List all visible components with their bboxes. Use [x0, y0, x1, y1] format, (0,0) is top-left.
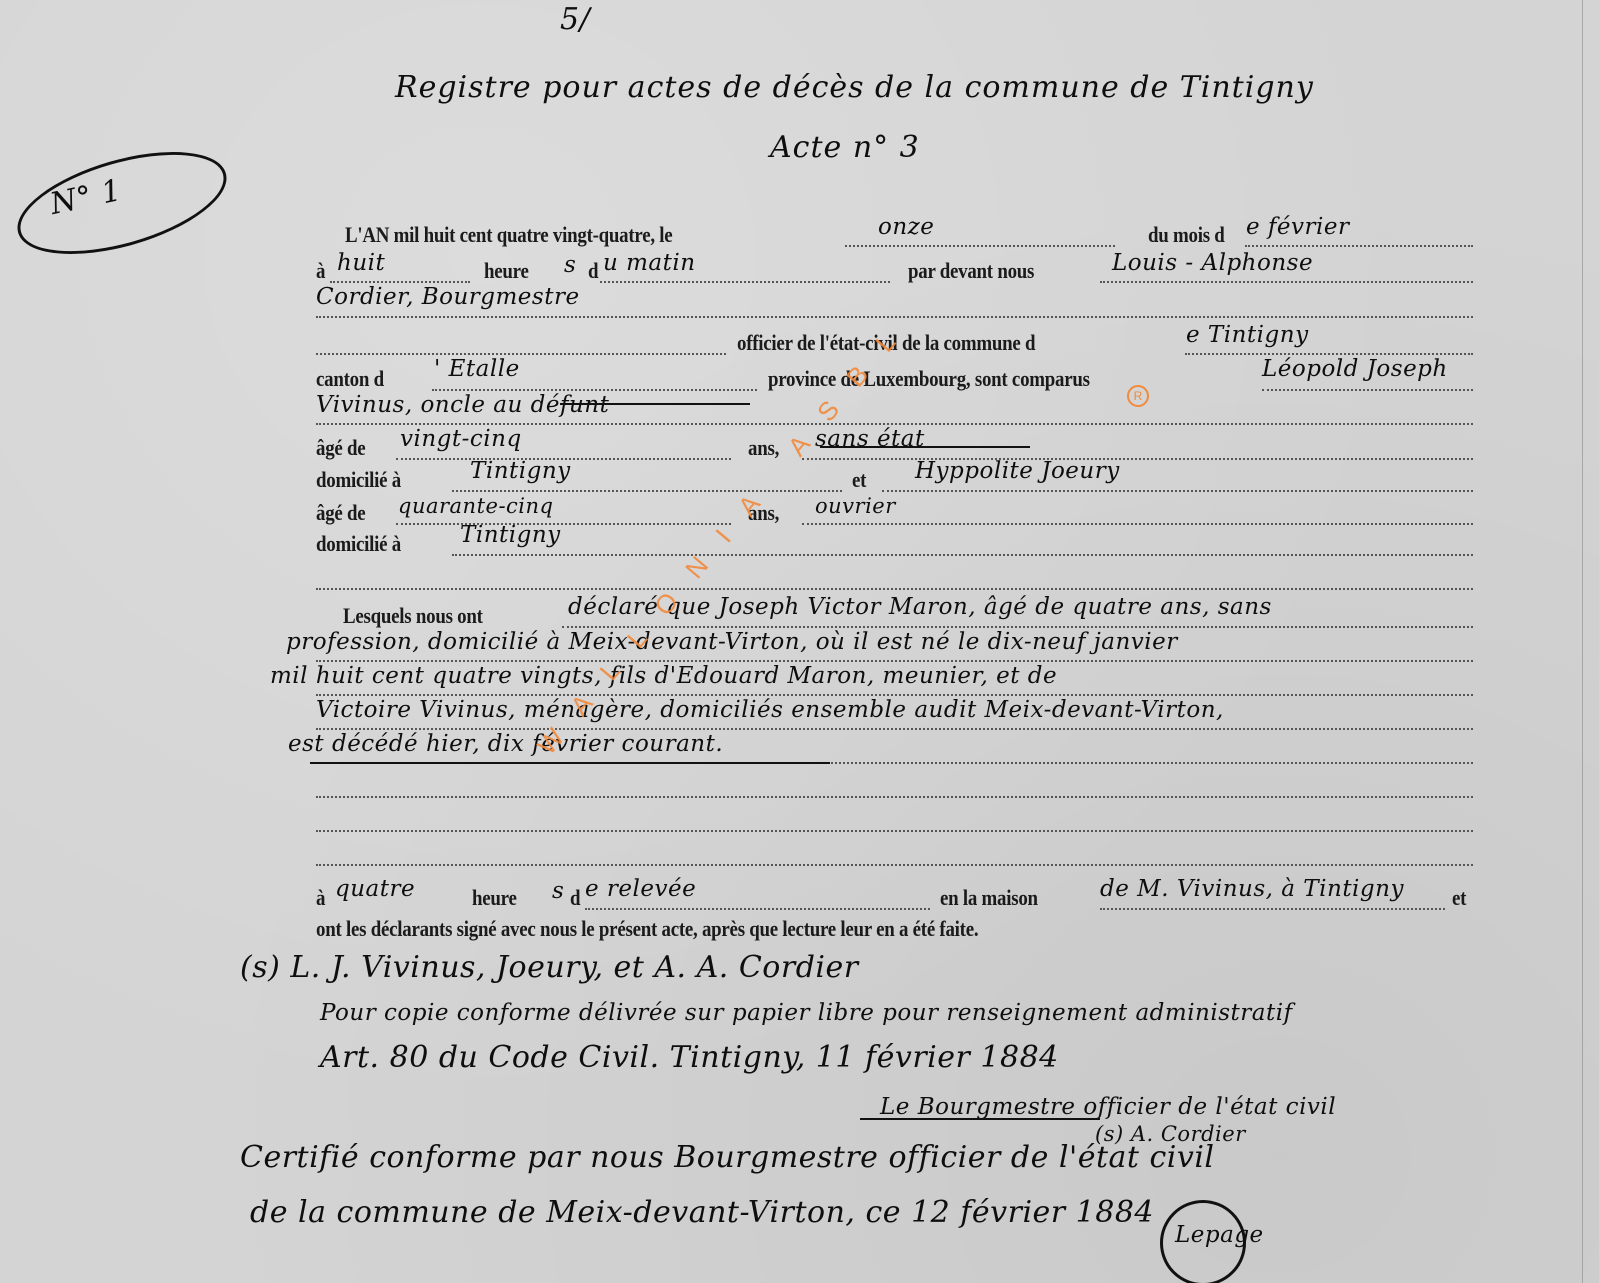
dotted-line [1185, 353, 1473, 355]
ink-strike [820, 446, 1030, 448]
dotted-line [316, 830, 1473, 832]
printed-en-la-maison: en la maison [940, 885, 1038, 911]
certification-line-2: de la commune de Meix-devant-Virton, ce … [250, 1195, 1154, 1230]
field-declarant2-name: Hyppolite Joeury [915, 458, 1120, 484]
dotted-line [330, 281, 470, 283]
copy-note-article: Art. 80 du Code Civil. Tintigny, 11 févr… [320, 1040, 1059, 1075]
printed-heure: heure [472, 885, 517, 911]
field-day: onze [878, 214, 934, 240]
field-closing-hour-suffix: s [552, 878, 564, 904]
acte-number: Acte n° 3 [770, 130, 920, 165]
printed-age: âgé de [316, 435, 365, 461]
copy-note: Pour copie conforme délivrée sur papier … [320, 1000, 1293, 1026]
field-commune: e Tintigny [1186, 322, 1309, 348]
field-closing-hour: quatre [335, 876, 415, 902]
signatures-line: (s) L. J. Vivinus, Joeury, et A. A. Cord… [240, 950, 859, 985]
dotted-line [1100, 281, 1473, 283]
ink-underline [860, 1118, 1100, 1120]
printed-par-devant-nous: par devant nous [908, 258, 1034, 284]
dotted-line [1262, 389, 1473, 391]
field-hour-suffix: s [564, 252, 576, 278]
declaration-line-2: profession, domicilié à Meix-devant-Virt… [286, 629, 1178, 655]
field-declarant1-domicile: Tintigny [470, 458, 571, 484]
field-hour: huit [337, 250, 385, 276]
field-canton: ' Etalle [434, 356, 520, 382]
printed-et: et [852, 467, 866, 493]
field-closing-period: e relevée [585, 876, 696, 902]
top-page-mark: 5/ [560, 2, 590, 37]
field-month: e février [1246, 214, 1350, 240]
ink-stroke [560, 403, 750, 405]
field-declarant2-domicile: Tintigny [460, 522, 561, 548]
printed-lesquels: Lesquels nous ont [343, 603, 483, 629]
field-declarant2-age: quarante-cinq [398, 494, 553, 518]
dotted-line [316, 728, 1473, 730]
printed-signed-statement: ont les déclarants signé avec nous le pr… [316, 916, 978, 942]
printed-heure: heure [484, 258, 529, 284]
dotted-line [316, 694, 1473, 696]
printed-month-label: du mois d [1148, 222, 1225, 248]
field-officer-name: Louis - Alphonse [1112, 250, 1313, 276]
printed-year-text: L'AN mil huit cent quatre vingt-quatre, … [345, 222, 672, 248]
printed-domicile: domicilié à [316, 531, 401, 557]
dotted-line [316, 588, 1473, 590]
declaration-line-5: est décédé hier, dix février courant. [288, 731, 723, 757]
dotted-line [316, 864, 1473, 866]
dotted-line [396, 523, 731, 525]
printed-canton: canton d [316, 366, 384, 392]
dotted-line [585, 908, 930, 910]
certification-line-1: Certifié conforme par nous Bourgmestre o… [240, 1140, 1215, 1175]
field-closing-place: de M. Vivinus, à Tintigny [1100, 876, 1404, 902]
seal-signature: Lepage [1175, 1222, 1264, 1248]
ink-underline [310, 762, 830, 764]
dotted-line [316, 353, 726, 355]
dotted-line [1245, 245, 1473, 247]
printed-a: à [316, 258, 325, 284]
printed-age: âgé de [316, 500, 365, 526]
field-officer-continued: Cordier, Bourgmestre [316, 284, 580, 310]
field-declarant1-age: vingt-cinq [400, 426, 522, 452]
printed-a: à [316, 885, 325, 911]
field-period: u matin [603, 250, 696, 276]
registered-mark-icon: R [1127, 385, 1149, 407]
dotted-line [562, 626, 1473, 628]
dotted-line [452, 490, 842, 492]
dotted-line [882, 490, 1473, 492]
declaration-line-4: Victoire Vivinus, ménagère, domiciliés e… [316, 697, 1224, 723]
field-declarant1-continued: Vivinus, oncle au défunt [316, 392, 609, 418]
officer-title: Le Bourgmestre officier de l'état civil [880, 1094, 1336, 1120]
dotted-line [600, 281, 890, 283]
dotted-line [802, 523, 1473, 525]
dotted-line [316, 660, 1473, 662]
watermark-text: WALLONIA ASBL [531, 306, 920, 761]
dotted-line [1100, 908, 1445, 910]
dotted-line [316, 423, 1473, 425]
printed-province: province de Luxembourg, sont comparus [768, 366, 1090, 392]
field-declarant1-name: Léopold Joseph [1262, 356, 1448, 382]
dotted-line [452, 554, 1473, 556]
page-edge-line [1582, 0, 1583, 1283]
printed-du: d [588, 258, 598, 284]
register-title: Registre pour actes de décès de la commu… [395, 70, 1314, 105]
dotted-line [316, 796, 1473, 798]
document-page: 5/ Registre pour actes de décès de la co… [0, 0, 1599, 1283]
printed-d: d [570, 885, 580, 911]
field-declarant2-occupation: ouvrier [815, 494, 896, 518]
declaration-line-3: mil huit cent quatre vingts, fils d'Edou… [270, 663, 1057, 689]
dotted-line [802, 458, 1473, 460]
dotted-line [432, 389, 757, 391]
printed-domicile: domicilié à [316, 467, 401, 493]
printed-et: et [1452, 885, 1466, 911]
dotted-line [845, 245, 1115, 247]
